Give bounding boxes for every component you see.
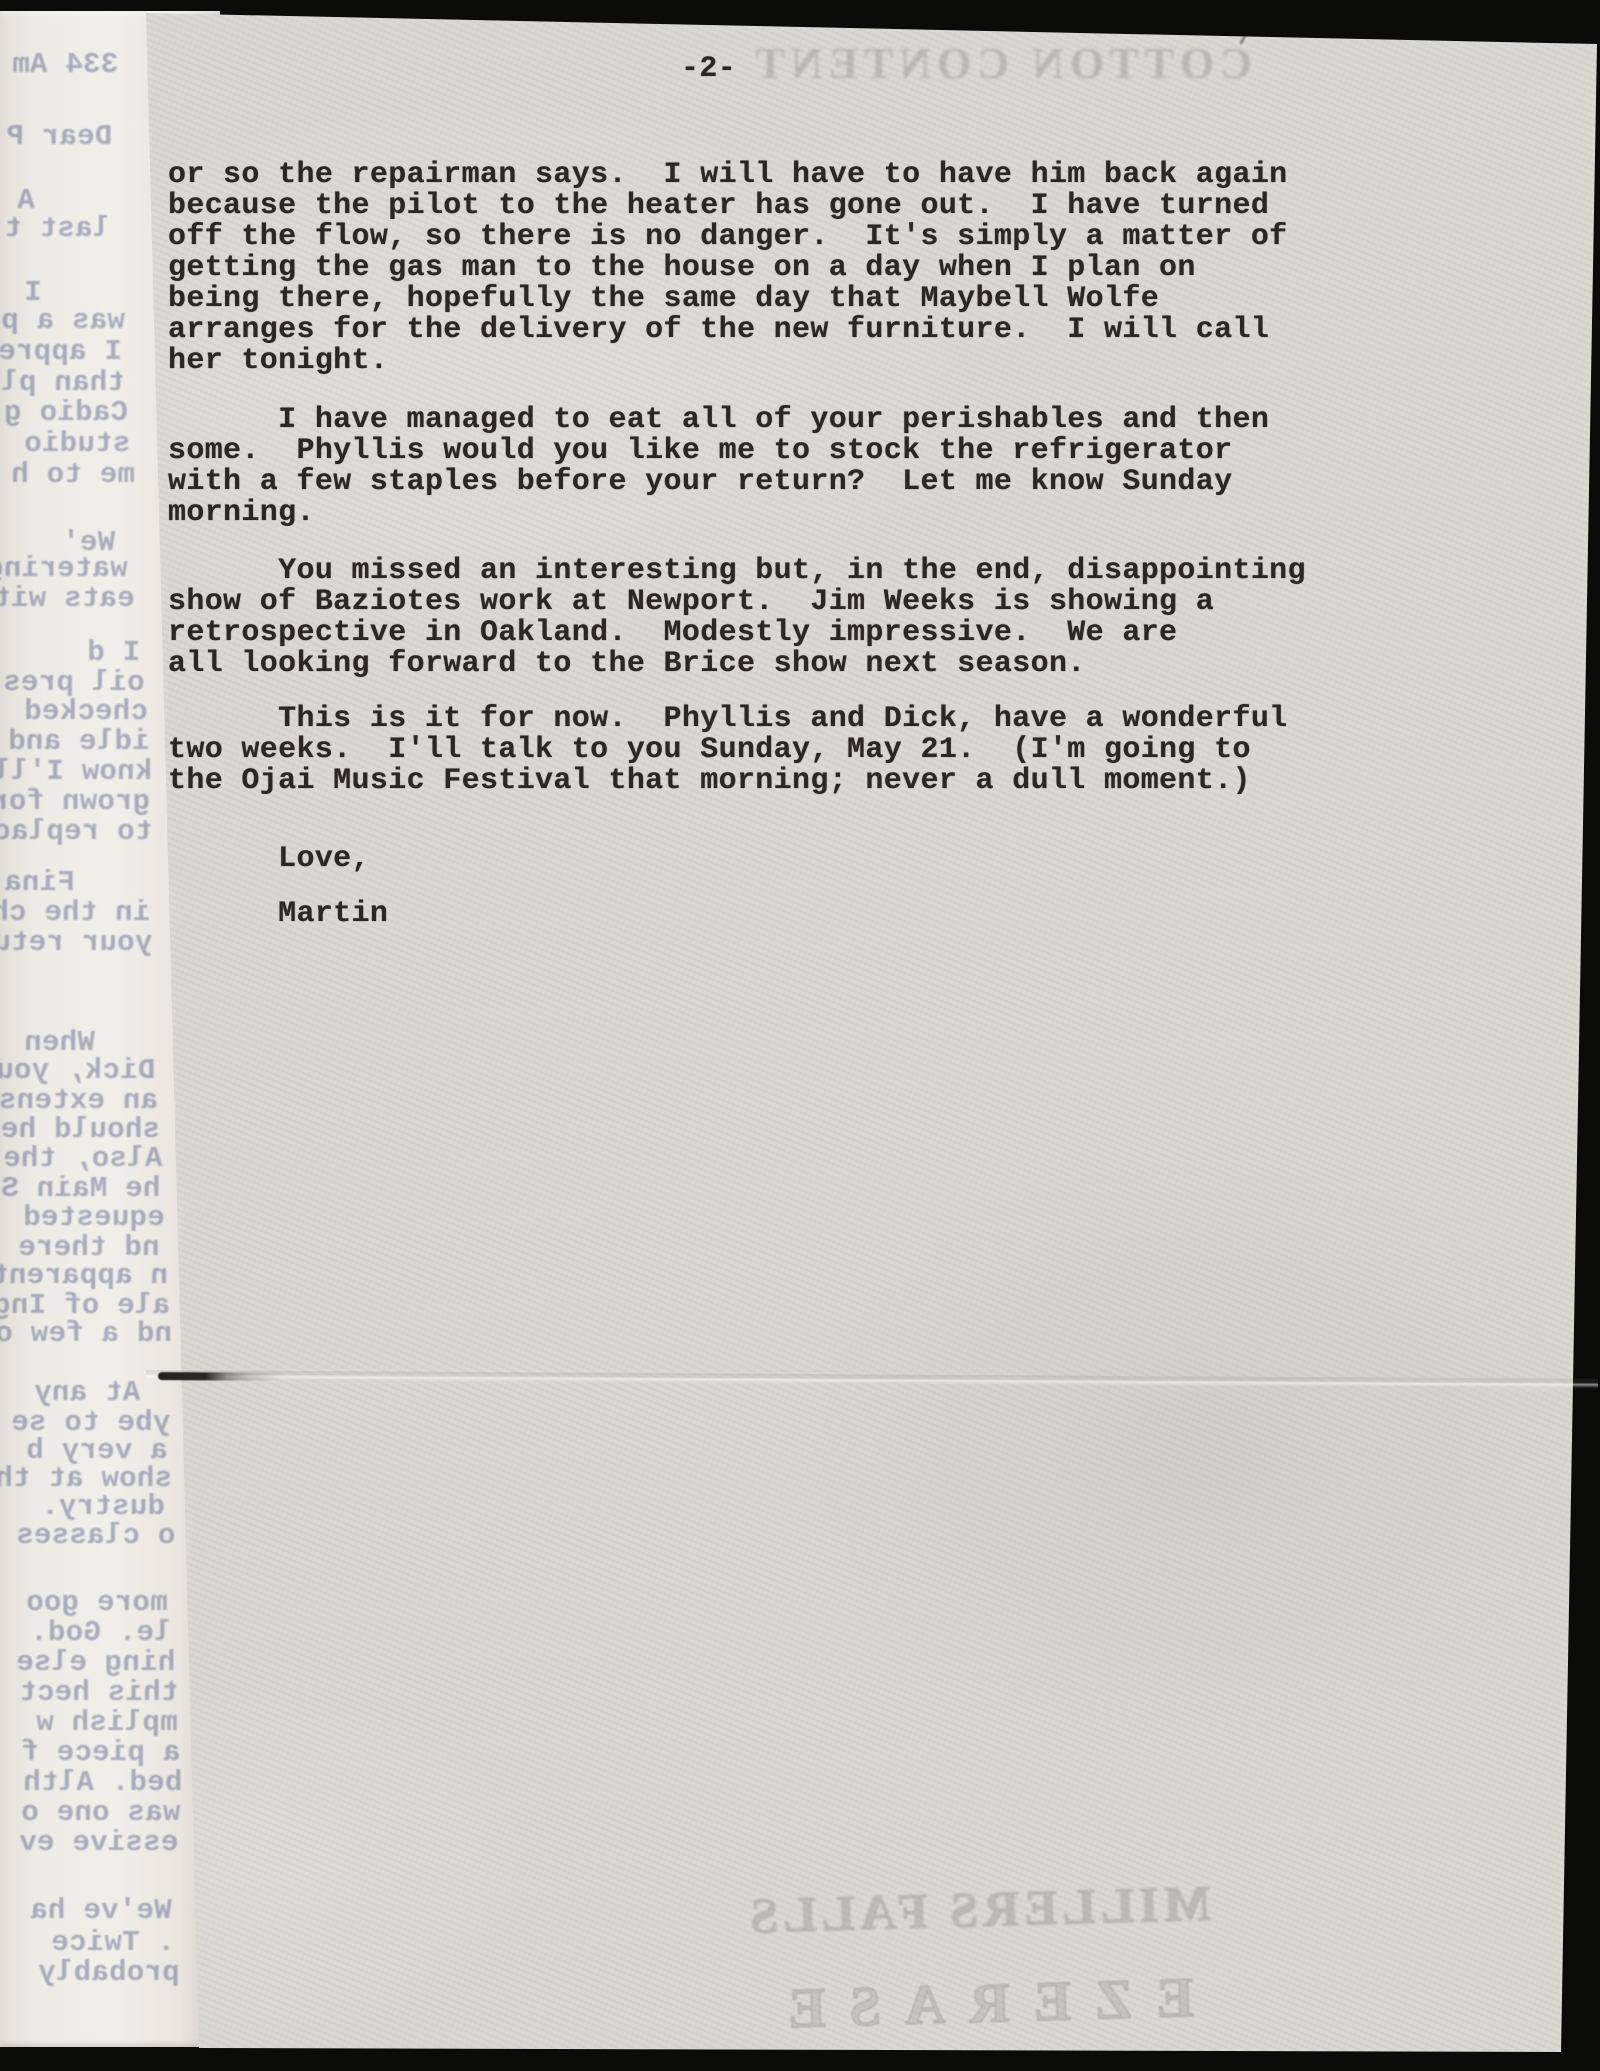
ghost-text-fragment: 334 Am bbox=[12, 50, 118, 80]
letter-line: This is it for now. Phyllis and Dick, ha… bbox=[168, 704, 1306, 735]
ghost-text-fragment: an extensi bbox=[0, 1086, 158, 1116]
letter-line: retrospective in Oakland. Modestly impre… bbox=[168, 618, 1306, 649]
ghost-text-fragment: mplish w bbox=[36, 1708, 178, 1738]
ghost-text-fragment: was one o bbox=[21, 1798, 180, 1828]
letter-line: because the pilot to the heater has gone… bbox=[168, 191, 1306, 222]
letter-line: being there, hopefully the same day that… bbox=[168, 284, 1306, 315]
letter-line: Love, bbox=[168, 844, 1306, 875]
ghost-text-fragment: he Main S bbox=[1, 1174, 160, 1204]
ghost-text-fragment: know I'll bbox=[0, 757, 152, 787]
letter-paragraph: Love, bbox=[168, 844, 1306, 875]
ghost-text-fragment: a piece f bbox=[21, 1738, 180, 1768]
ghost-text-fragment: Cadio g bbox=[4, 398, 128, 428]
ghost-text-fragment: I d bbox=[87, 638, 140, 668]
letter-line: or so the repairman says. I will have to… bbox=[168, 160, 1306, 191]
ghost-text-fragment: grown for bbox=[0, 787, 150, 817]
letter-line: getting the gas man to the house on a da… bbox=[168, 253, 1306, 284]
letter-line: the Ojai Music Festival that morning; ne… bbox=[168, 766, 1306, 797]
ghost-text-fragment: hing else bbox=[16, 1648, 175, 1678]
ghost-text-fragment: studio bbox=[24, 429, 130, 459]
ghost-text-fragment: watering bbox=[0, 554, 128, 584]
ghost-text-fragment: nd a few o bbox=[0, 1319, 172, 1349]
ghost-text-fragment: in the ch bbox=[0, 898, 150, 928]
letter-paragraph: or so the repairman says. I will have to… bbox=[168, 160, 1306, 377]
ghost-text-fragment: more goo bbox=[26, 1588, 168, 1618]
ghost-text-fragment: . Twice bbox=[51, 1928, 175, 1958]
ghost-text-fragment: should hea bbox=[0, 1115, 160, 1145]
ghost-text-fragment: essive ev bbox=[19, 1828, 178, 1858]
letter-paragraph: You missed an interesting but, in the en… bbox=[168, 556, 1306, 680]
letter-body: or so the repairman says. I will have to… bbox=[168, 160, 1306, 930]
letter-line: some. Phyllis would you like me to stock… bbox=[168, 436, 1306, 467]
ghost-text-fragment: n apparent bbox=[0, 1261, 168, 1291]
ghost-text-fragment: to replac bbox=[0, 817, 152, 847]
letter-line: You missed an interesting but, in the en… bbox=[168, 556, 1306, 587]
millers-falls-watermark: MILLERS FALLS bbox=[737, 1873, 1218, 1944]
ghost-text-fragment: idle and bbox=[8, 727, 150, 757]
letter-line: with a few staples before your return? L… bbox=[168, 467, 1306, 498]
ghost-text-fragment: At any bbox=[34, 1378, 140, 1408]
ghost-text-fragment: probably bbox=[38, 1958, 180, 1988]
letter-paragraph: I have managed to eat all of your perish… bbox=[168, 405, 1306, 529]
ghost-text-fragment: equested bbox=[23, 1203, 165, 1233]
letter-line: I have managed to eat all of your perish… bbox=[168, 405, 1306, 436]
ghost-text-fragment: checked bbox=[24, 697, 148, 727]
letter-line: her tonight. bbox=[168, 346, 1306, 377]
scanned-letter-page: 334 AmDear PAlast tIwas a pI apprethan p… bbox=[0, 0, 1600, 2071]
letter-sheet: COTTON CONTENT -2- or so the repairman s… bbox=[0, 0, 1600, 2071]
ghost-text-fragment: me to h bbox=[11, 460, 135, 490]
letter-line: off the flow, so there is no danger. It'… bbox=[168, 222, 1306, 253]
ezerase-watermark: EZERASE bbox=[723, 1965, 1235, 2043]
ghost-text-fragment: was a p bbox=[1, 306, 125, 336]
letter-line: all looking forward to the Brice show ne… bbox=[168, 649, 1306, 680]
ghost-text-fragment: o classes bbox=[16, 1521, 175, 1551]
ghost-text-fragment: Dear P bbox=[6, 122, 112, 152]
ghost-text-fragment: We've ha bbox=[30, 1896, 172, 1926]
letter-line: show of Baziotes work at Newport. Jim We… bbox=[168, 587, 1306, 618]
ghost-text-fragment: I appre bbox=[0, 337, 122, 367]
cotton-content-watermark: COTTON CONTENT bbox=[772, 38, 1252, 89]
ghost-text-fragment: le. God. bbox=[30, 1618, 172, 1648]
ghost-text-fragment: eats wit bbox=[0, 584, 135, 614]
letter-line: Martin bbox=[168, 899, 1306, 930]
ghost-text-fragment: Dick, you bbox=[0, 1056, 155, 1086]
ghost-text-fragment: Also, the bbox=[3, 1144, 162, 1174]
letter-paragraph: Martin bbox=[168, 899, 1306, 930]
ghost-text-fragment: last t bbox=[4, 214, 110, 244]
letter-line: arranges for the delivery of the new fur… bbox=[168, 315, 1306, 346]
ghost-text-fragment: bed. Alth bbox=[23, 1768, 182, 1798]
letter-line: morning. bbox=[168, 498, 1306, 529]
ghost-text-fragment: this hect bbox=[19, 1678, 178, 1708]
ghost-text-fragment: oil pres bbox=[3, 668, 145, 698]
letter-paragraph: This is it for now. Phyllis and Dick, ha… bbox=[168, 704, 1306, 797]
letter-line: two weeks. I'll talk to you Sunday, May … bbox=[168, 735, 1306, 766]
ghost-text-fragment: than pl bbox=[1, 368, 125, 398]
ghost-text-fragment: dustry. bbox=[41, 1492, 165, 1522]
crease-smudge-mark bbox=[158, 1372, 283, 1381]
page-number: -2- bbox=[681, 54, 736, 85]
ghost-text-fragment: Fina bbox=[4, 868, 75, 898]
ghost-text-fragment: your retu bbox=[0, 928, 152, 958]
